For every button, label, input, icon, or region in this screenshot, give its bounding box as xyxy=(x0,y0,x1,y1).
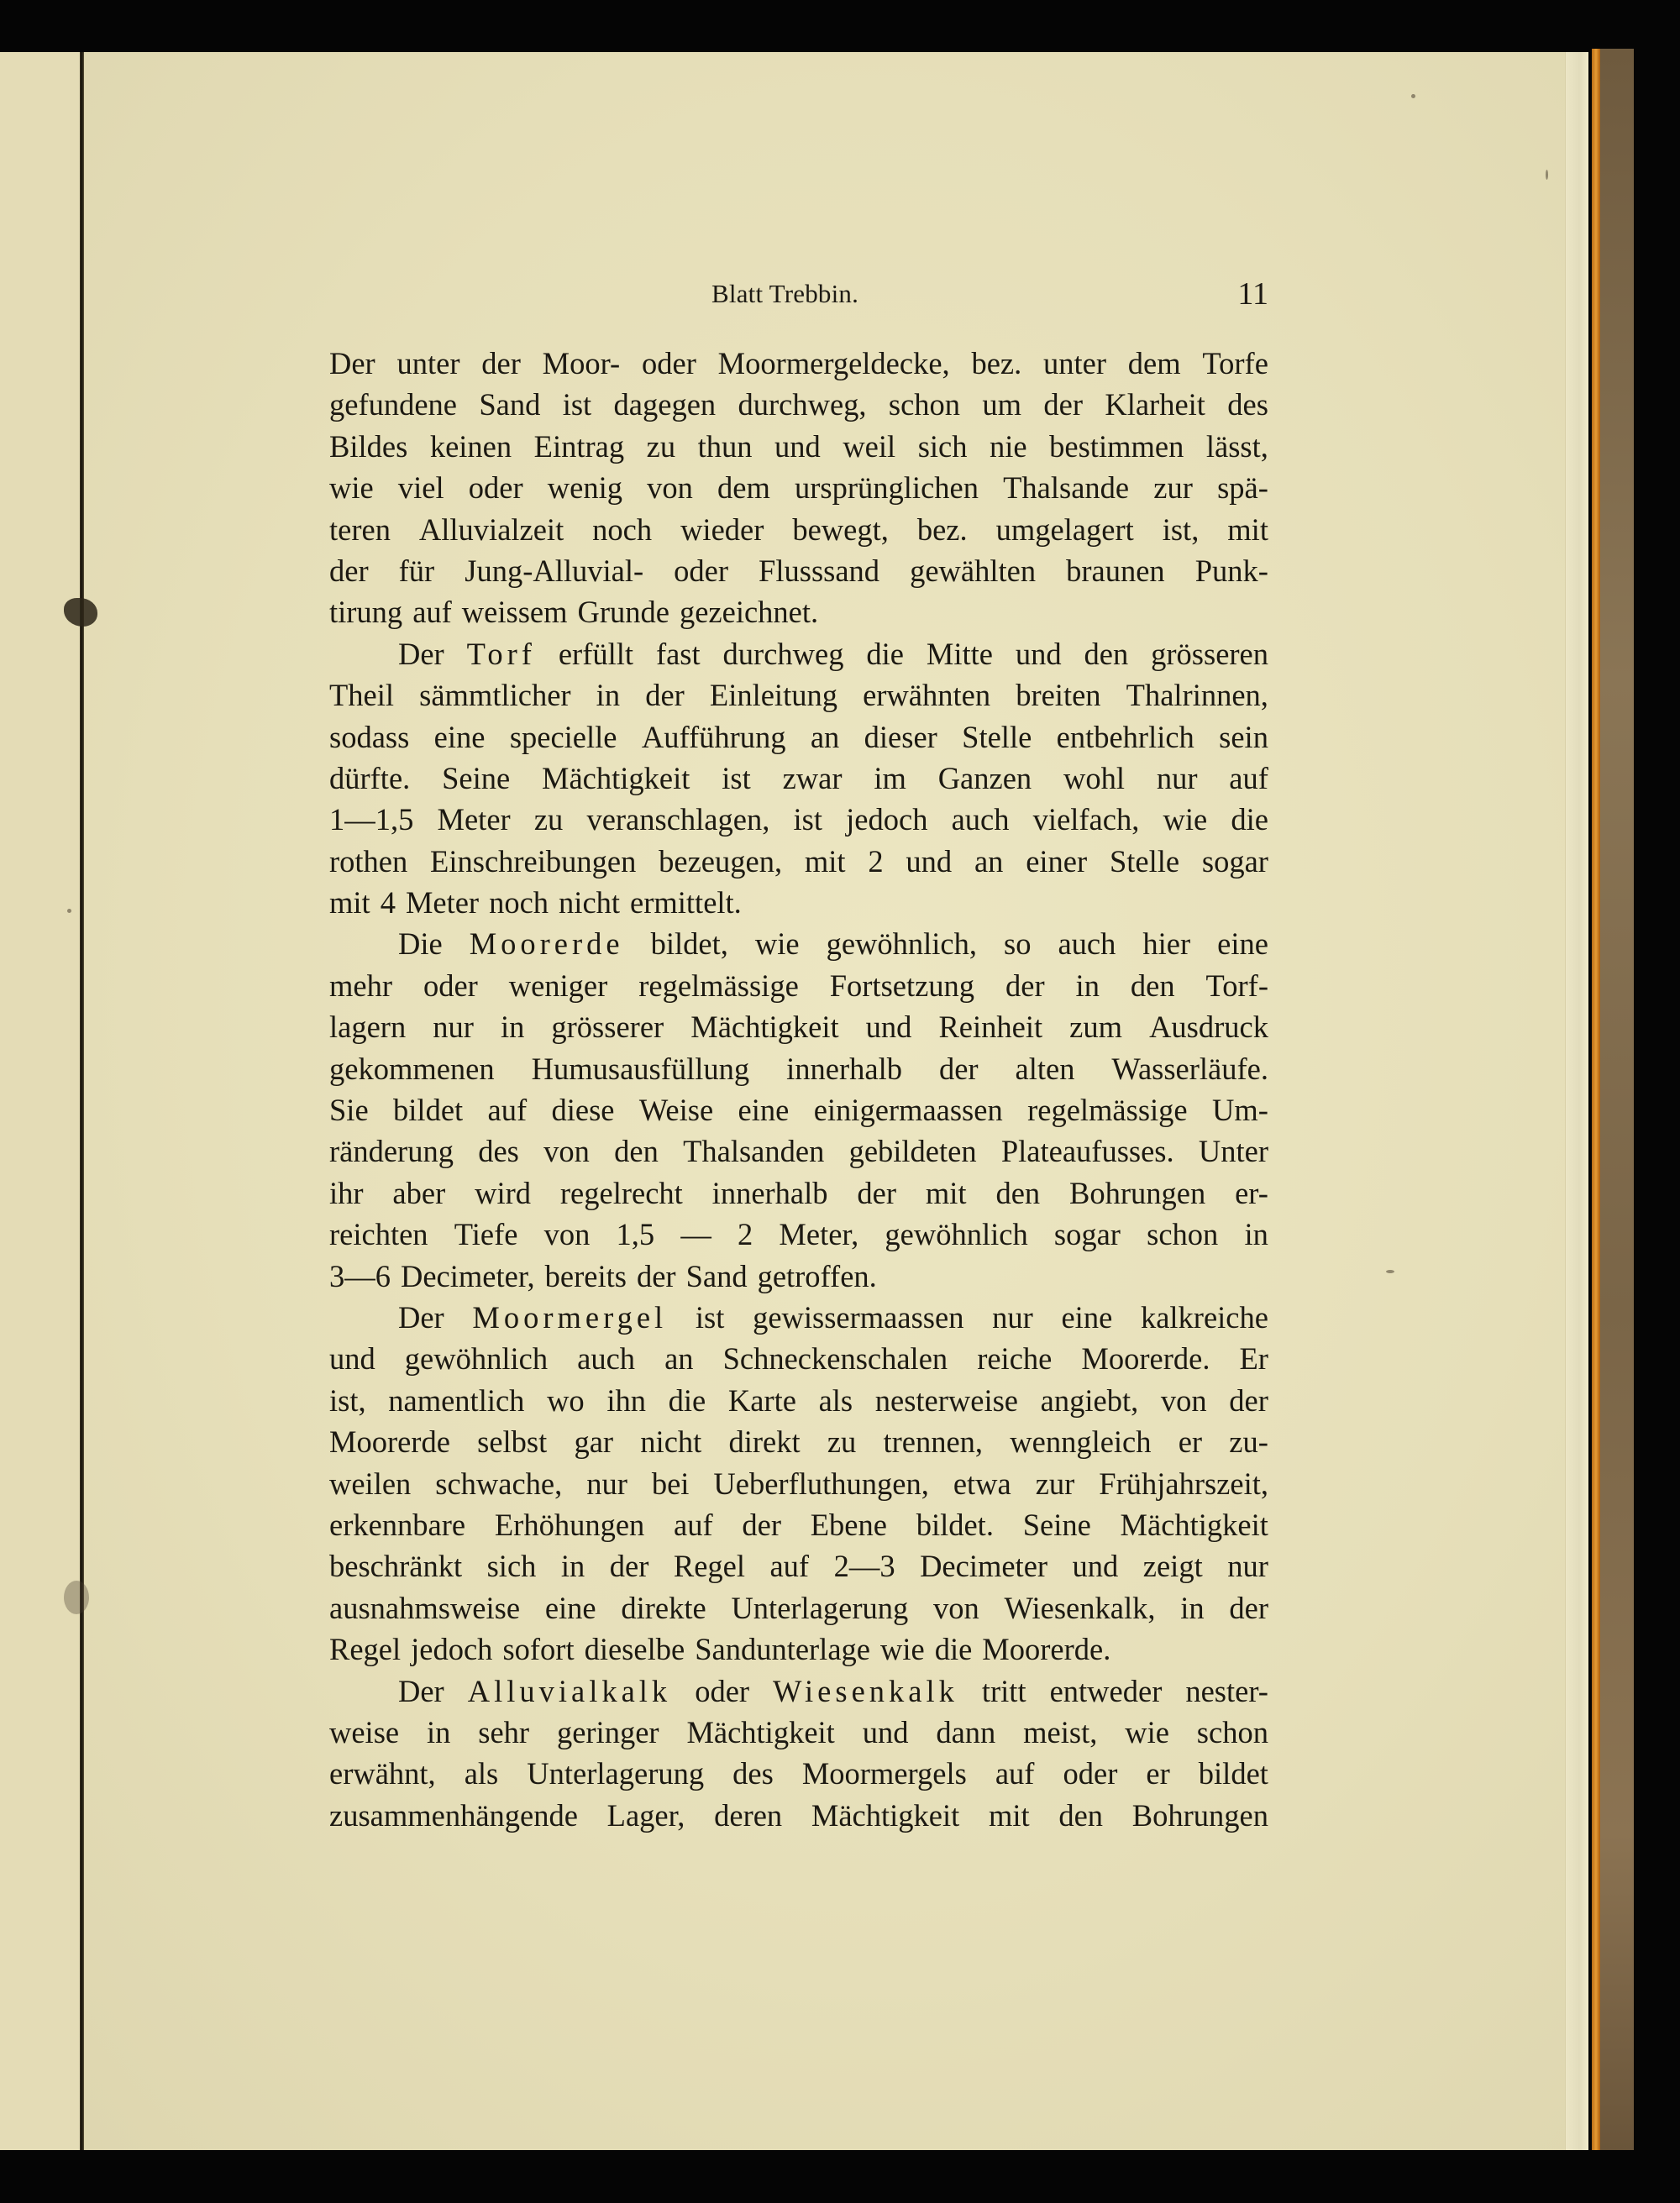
right-page-margin xyxy=(1565,52,1588,2150)
text-line: RegeljedochsofortdieselbeSandunterlagewi… xyxy=(329,1629,1268,1670)
book-binding xyxy=(1600,49,1634,2150)
text-line: beschränktsichinderRegelauf2—3Decimeteru… xyxy=(329,1545,1268,1587)
book-gutter xyxy=(80,52,84,2150)
text-line: BildeskeinenEintragzuthunundweilsichnieb… xyxy=(329,426,1268,467)
text-line: gekommenenHumusausfüllunginnerhalbderalt… xyxy=(329,1048,1268,1089)
paper-speck xyxy=(1411,94,1415,98)
text-line: tirungaufweissemGrundegezeichnet. xyxy=(329,591,1268,632)
text-line: ausnahmsweiseeinedirekteUnterlagerungvon… xyxy=(329,1587,1268,1629)
page-header: Blatt Trebbin. 11 xyxy=(329,275,1268,317)
text-line: DieMoorerdebildet,wiegewöhnlich,soauchhi… xyxy=(329,923,1268,964)
text-line: wievieloderwenigvondemursprünglichenThal… xyxy=(329,467,1268,508)
left-page-edge xyxy=(0,52,81,2150)
running-title: Blatt Trebbin. xyxy=(711,279,858,309)
text-line: terenAlluvialzeitnochwiederbewegt,bez.um… xyxy=(329,509,1268,550)
paper-speck xyxy=(67,909,71,913)
text-line: mehroderwenigerregelmässigeFortsetzungde… xyxy=(329,965,1268,1006)
text-line: mit4Meternochnichtermittelt. xyxy=(329,882,1268,923)
text-line: weilenschwache,nurbeiUeberfluthungen,etw… xyxy=(329,1463,1268,1504)
text-line: Moorerdeselbstgarnichtdirektzutrennen,we… xyxy=(329,1421,1268,1462)
text-line: ist,namentlichwoihndieKartealsnesterweis… xyxy=(329,1380,1268,1421)
text-line: sodasseinespecielleAufführungandieserSte… xyxy=(329,716,1268,758)
paper-stain xyxy=(64,1581,89,1614)
text-line: DerAlluvialkalkoderWiesenkalktrittentwed… xyxy=(329,1671,1268,1712)
gilt-page-edge xyxy=(1592,49,1600,2150)
text-line: ihraberwirdregelrechtinnerhalbdermitdenB… xyxy=(329,1172,1268,1214)
text-line: dürfte.SeineMächtigkeitistzwarimGanzenwo… xyxy=(329,758,1268,799)
text-line: derfürJung-Alluvial-oderFlusssandgewählt… xyxy=(329,550,1268,591)
text-line: rothenEinschreibungenbezeugen,mit2undane… xyxy=(329,841,1268,882)
text-line: SiebildetaufdieseWeiseeineeinigermaassen… xyxy=(329,1089,1268,1130)
text-line: erkennbareErhöhungenaufderEbenebildet.Se… xyxy=(329,1504,1268,1545)
paper-speck xyxy=(1546,170,1548,180)
text-line: 1—1,5Meterzuveranschlagen,istjedochauchv… xyxy=(329,799,1268,840)
text-line: lagernnuringrössererMächtigkeitundReinhe… xyxy=(329,1006,1268,1047)
page-number: 11 xyxy=(1237,275,1268,312)
text-line: DerMoormergelistgewissermaassennureineka… xyxy=(329,1297,1268,1338)
text-line: ränderungdesvondenThalsandengebildetenPl… xyxy=(329,1130,1268,1172)
paper-speck xyxy=(1386,1270,1394,1273)
text-line: TheilsämmtlicherinderEinleitungerwähnten… xyxy=(329,674,1268,716)
text-line: 3—6Decimeter,bereitsderSandgetroffen. xyxy=(329,1256,1268,1297)
text-line: DerTorferfülltfastdurchwegdieMitteundden… xyxy=(329,633,1268,674)
body-text: DerunterderMoor-oderMoormergeldecke,bez.… xyxy=(329,343,1268,1836)
text-line: weiseinsehrgeringerMächtigkeitunddannmei… xyxy=(329,1712,1268,1753)
text-line: undgewöhnlichauchanSchneckenschalenreich… xyxy=(329,1338,1268,1379)
text-line: gefundeneSandistdagegendurchweg,schonumd… xyxy=(329,384,1268,425)
text-line: erwähnt,alsUnterlagerungdesMoormergelsau… xyxy=(329,1753,1268,1794)
text-line: zusammenhängendeLager,derenMächtigkeitmi… xyxy=(329,1795,1268,1836)
text-line: reichtenTiefevon1,5—2Meter,gewöhnlichsog… xyxy=(329,1214,1268,1255)
text-line: DerunterderMoor-oderMoormergeldecke,bez.… xyxy=(329,343,1268,384)
